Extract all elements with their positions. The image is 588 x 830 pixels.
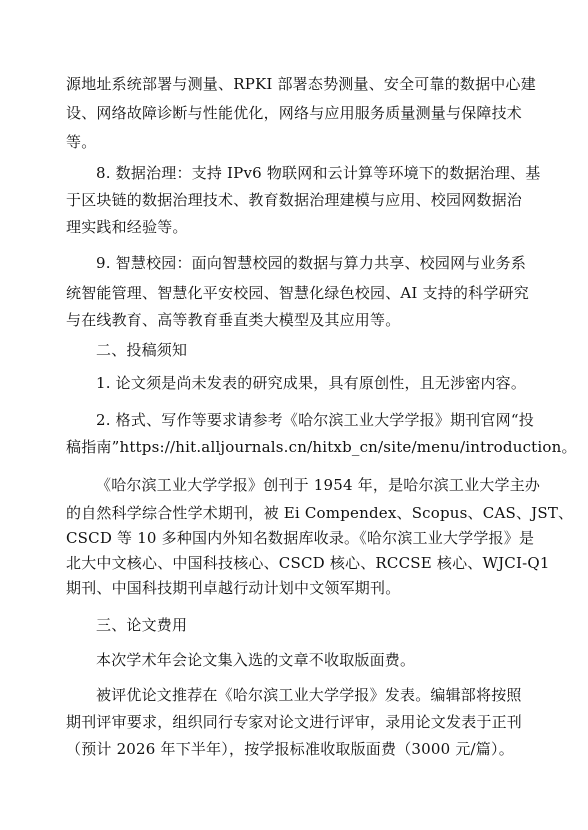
text-line: （预计 2026 年下半年），按学报标准收取版面费（3000 元/篇）。 <box>66 737 520 761</box>
text-line: 统智能管理、智慧化平安校园、智慧化绿色校园、AI 支持的科学研究 <box>66 281 520 305</box>
text-line: 的自然科学综合性学术期刊，被 Ei Compendex、Scopus、CAS、J… <box>66 501 520 525</box>
text-line: 源地址系统部署与测量、RPKI 部署态势测量、安全可靠的数据中心建 <box>66 72 520 96</box>
text-line: 等。 <box>66 130 520 154</box>
text-line: 理实践和经验等。 <box>66 215 520 239</box>
text-line: 三、论文费用 <box>96 613 520 637</box>
text-line: 本次学术年会论文集入选的文章不收取版面费。 <box>96 648 520 672</box>
text-line: 北大中文核心、中国科技核心、CSCD 核心、RCCSE 核心、WJCI-Q1 <box>66 551 520 575</box>
text-line: 被评优论文推荐在《哈尔滨工业大学学报》发表。编辑部将按照 <box>96 683 520 707</box>
text-line: 期刊、中国科技期刊卓越行动计划中文领军期刊。 <box>66 576 520 600</box>
text-line: 9. 智慧校园：面向智慧校园的数据与算力共享、校园网与业务系 <box>96 251 520 275</box>
text-line: 期刊评审要求，组织同行专家对论文进行评审，录用论文发表于正刊 <box>66 710 520 734</box>
text-line: 2. 格式、写作等要求请参考《哈尔滨工业大学学报》期刊官网“投 <box>96 408 520 432</box>
text-line: 8. 数据治理：支持 IPv6 物联网和云计算等环境下的数据治理、基 <box>96 161 520 185</box>
text-line: 1. 论文须是尚未发表的研究成果，具有原创性，且无涉密内容。 <box>96 371 520 395</box>
text-line: 稿指南”https://hit.alljournals.cn/hitxb_cn/… <box>66 435 520 459</box>
text-line: CSCD 等 10 多种国内外知名数据库收录。《哈尔滨工业大学学报》是 <box>66 526 520 550</box>
text-line: 于区块链的数据治理技术、教育数据治理建模与应用、校园网数据治 <box>66 188 520 212</box>
text-line: 《哈尔滨工业大学学报》创刊于 1954 年，是哈尔滨工业大学主办 <box>96 473 520 497</box>
text-line: 与在线教育、高等教育垂直类大模型及其应用等。 <box>66 308 520 332</box>
text-line: 设、网络故障诊断与性能优化，网络与应用服务质量测量与保障技术 <box>66 101 520 125</box>
text-line: 二、投稿须知 <box>96 338 520 362</box>
document-page: 源地址系统部署与测量、RPKI 部署态势测量、安全可靠的数据中心建设、网络故障诊… <box>0 0 588 830</box>
